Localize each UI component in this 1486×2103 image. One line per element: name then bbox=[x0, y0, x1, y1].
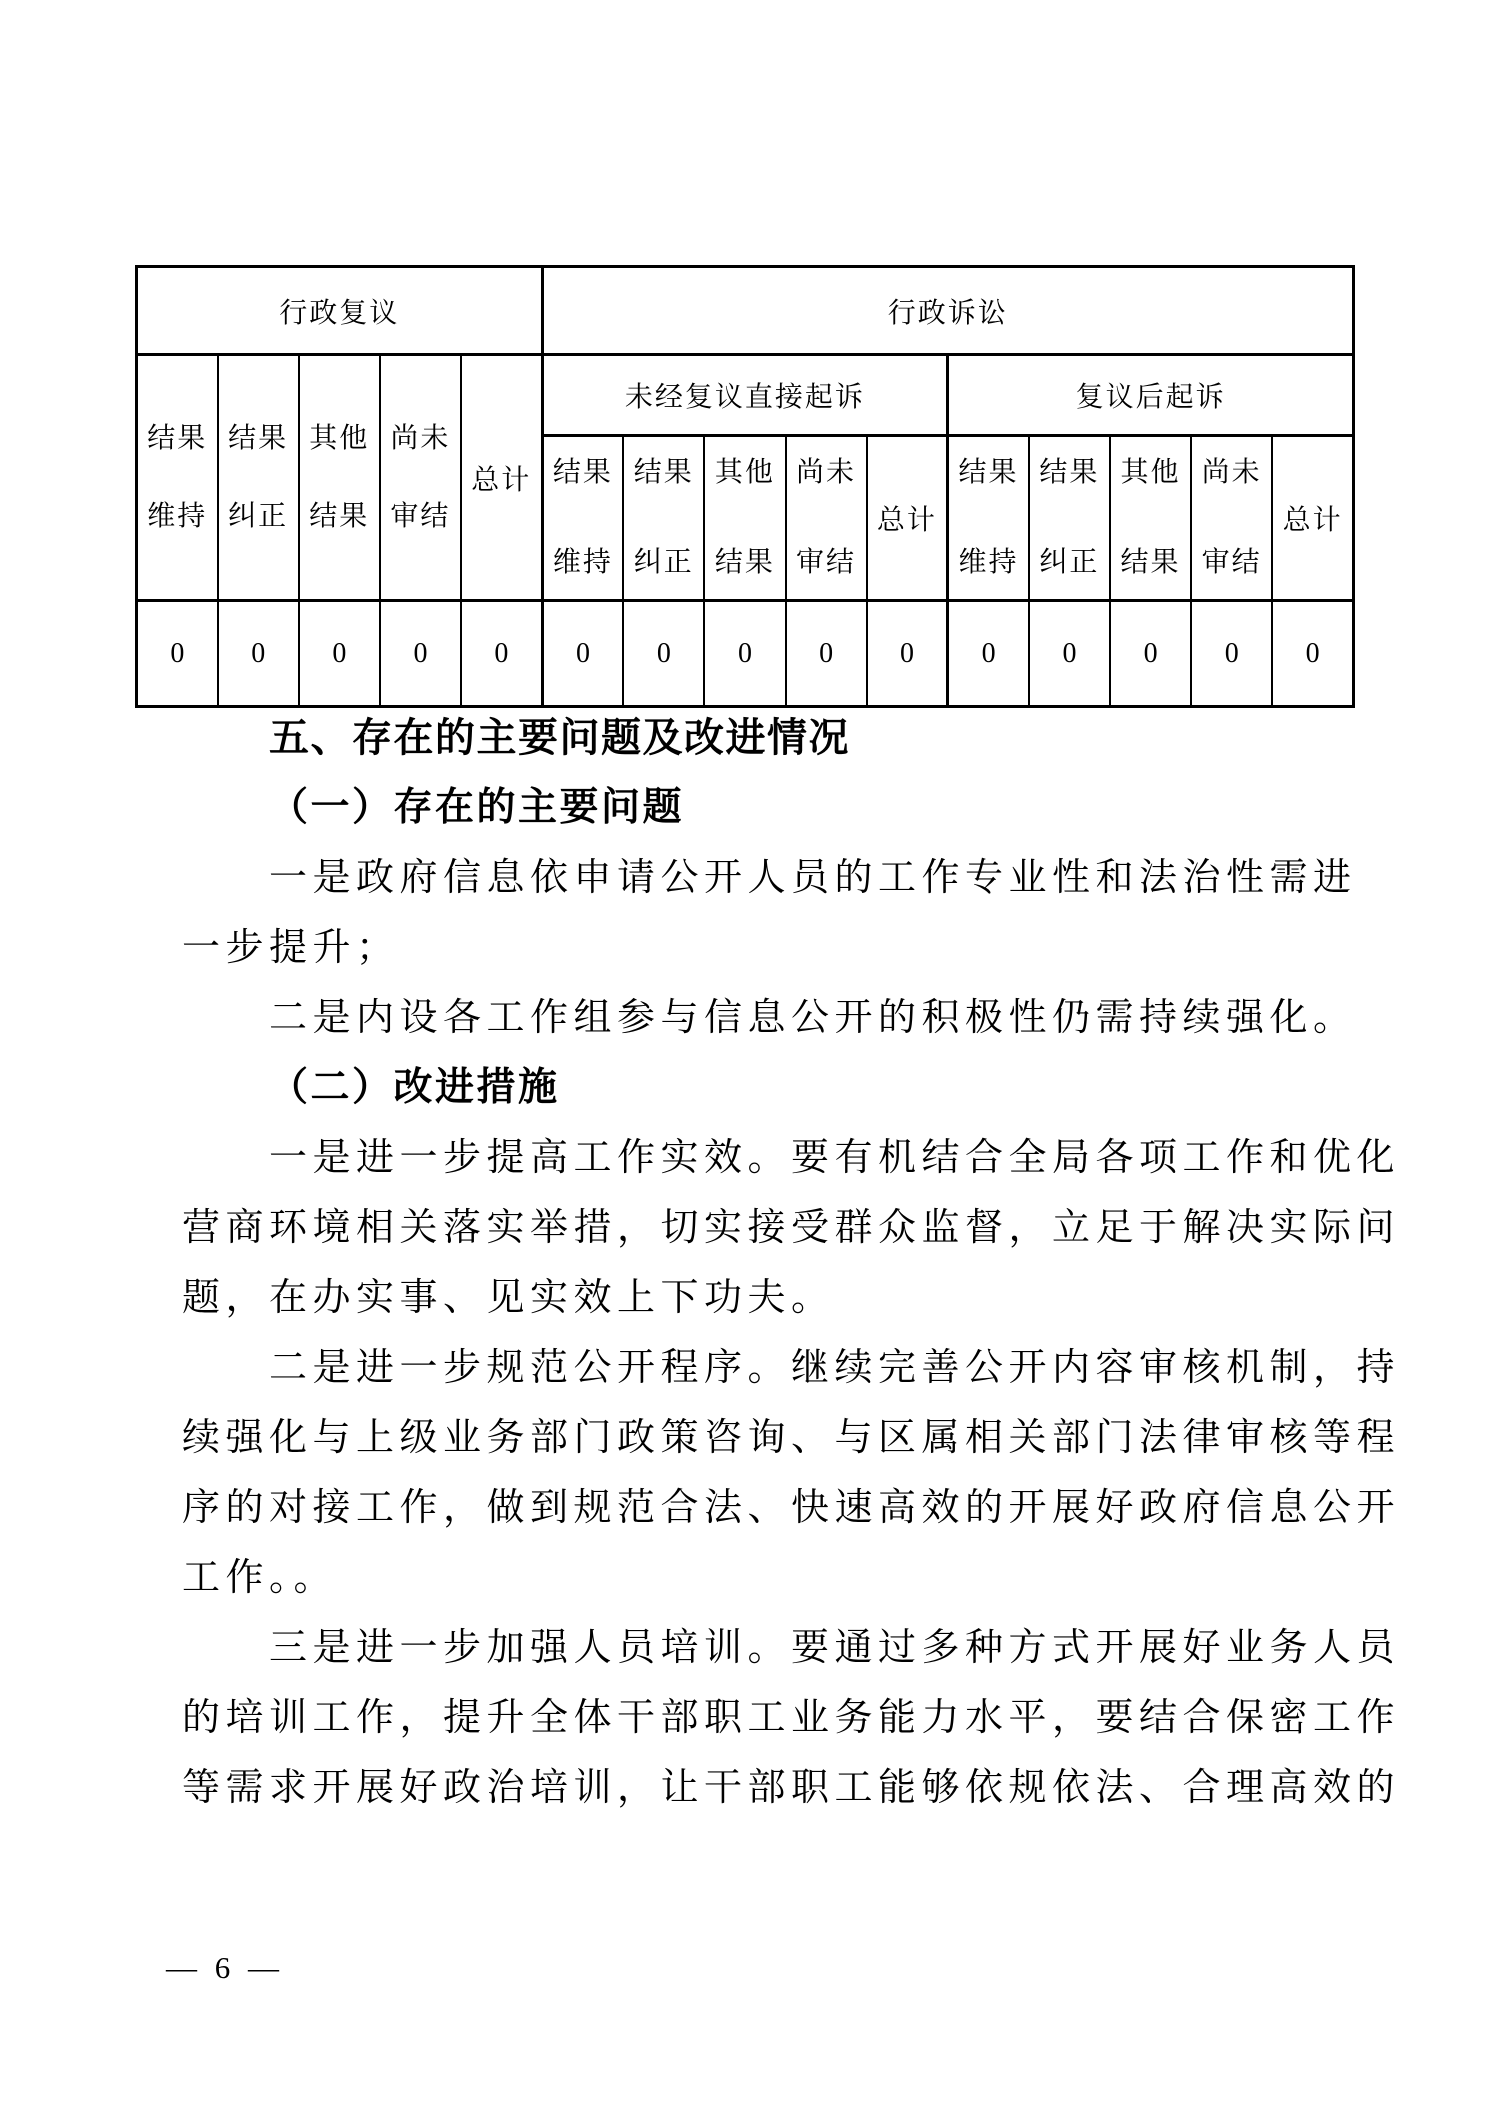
col-header-line: 审结 bbox=[1202, 548, 1262, 578]
paragraph-line: 续强化与上级业务部门政策咨询、与区属相关部门法律审核等程 bbox=[182, 1403, 1362, 1473]
col-header-line: 审结 bbox=[390, 502, 450, 532]
col-header-line: 结果 bbox=[309, 502, 369, 532]
document-body: 五、存在的主要问题及改进情况 （一）存在的主要问题 一是政府信息依申请公开人员的… bbox=[182, 703, 1362, 1823]
col-header-other-result: 其他结果 bbox=[1110, 436, 1191, 601]
admin-review-litigation-table: 行政复议 行政诉讼 结果维持 结果纠正 其他结果 尚未审结 总计 未经复议直接起… bbox=[135, 265, 1355, 708]
col-header-line: 结果 bbox=[715, 548, 775, 578]
value-cell: 0 bbox=[1272, 601, 1353, 707]
col-header-line: 尚未 bbox=[1202, 458, 1262, 488]
document-page: 行政复议 行政诉讼 结果维持 结果纠正 其他结果 尚未审结 总计 未经复议直接起… bbox=[0, 0, 1486, 2103]
value-cell: 0 bbox=[461, 601, 542, 707]
paragraph-line: 一是进一步提高工作实效。要有机结合全局各项工作和优化 bbox=[182, 1123, 1362, 1193]
col-header-line: 维持 bbox=[959, 548, 1019, 578]
col-header-result-upheld: 结果维持 bbox=[948, 436, 1029, 601]
value-cell: 0 bbox=[137, 601, 218, 707]
col-header-line: 结果 bbox=[553, 458, 613, 488]
col-header-result-upheld: 结果维持 bbox=[542, 436, 623, 601]
col-header-line: 纠正 bbox=[634, 548, 694, 578]
col-header-line: 尚未 bbox=[796, 458, 856, 488]
col-header-line: 结果 bbox=[1039, 458, 1099, 488]
col-header-line: 结果 bbox=[1121, 548, 1181, 578]
value-cell: 0 bbox=[380, 601, 461, 707]
col-header-line: 结果 bbox=[634, 458, 694, 488]
col-header-not-concluded: 尚未审结 bbox=[1191, 436, 1272, 601]
paragraph-line: 一步提升； bbox=[182, 913, 1362, 983]
paragraph-line: 等需求开展好政治培训，让干部职工能够依规依法、合理高效的 bbox=[182, 1753, 1362, 1823]
paragraph-line: 营商环境相关落实举措，切实接受群众监督，立足于解决实际问 bbox=[182, 1193, 1362, 1263]
value-cell: 0 bbox=[1110, 601, 1191, 707]
col-header-line: 纠正 bbox=[228, 502, 288, 532]
review-section-header: 行政复议 bbox=[137, 267, 543, 355]
subsection-heading-problems: （一）存在的主要问题 bbox=[182, 773, 1362, 843]
paragraph-line: 一是政府信息依申请公开人员的工作专业性和法治性需进 bbox=[182, 843, 1362, 913]
page-number: — 6 — bbox=[166, 1948, 284, 1988]
col-header-result-corrected: 结果纠正 bbox=[218, 355, 299, 601]
col-header-line: 结果 bbox=[228, 424, 288, 454]
col-header-other-result: 其他结果 bbox=[704, 436, 785, 601]
post-review-suit-group-header: 复议后起诉 bbox=[948, 355, 1354, 436]
col-header-total: 总计 bbox=[461, 355, 542, 601]
paragraph-line: 序的对接工作，做到规范合法、快速高效的开展好政府信息公开 bbox=[182, 1473, 1362, 1543]
col-header-line: 纠正 bbox=[1039, 548, 1099, 578]
col-header-line: 其他 bbox=[309, 424, 369, 454]
col-header-result-corrected: 结果纠正 bbox=[1029, 436, 1110, 601]
col-header-not-concluded: 尚未审结 bbox=[786, 436, 867, 601]
paragraph-line: 二是内设各工作组参与信息公开的积极性仍需持续强化。 bbox=[182, 983, 1362, 1053]
col-header-line: 维持 bbox=[553, 548, 613, 578]
value-cell: 0 bbox=[623, 601, 704, 707]
col-header-not-concluded: 尚未审结 bbox=[380, 355, 461, 601]
value-cell: 0 bbox=[786, 601, 867, 707]
value-cell: 0 bbox=[542, 601, 623, 707]
col-header-line: 其他 bbox=[1121, 458, 1181, 488]
paragraph-line: 题，在办实事、见实效上下功夫。 bbox=[182, 1263, 1362, 1333]
paragraph-line: 二是进一步规范公开程序。继续完善公开内容审核机制，持 bbox=[182, 1333, 1362, 1403]
value-cell: 0 bbox=[1191, 601, 1272, 707]
value-cell: 0 bbox=[867, 601, 948, 707]
subsection-heading-measures: （二）改进措施 bbox=[182, 1053, 1362, 1123]
value-cell: 0 bbox=[218, 601, 299, 707]
col-header-total: 总计 bbox=[1272, 436, 1353, 601]
col-header-line: 维持 bbox=[147, 502, 207, 532]
litigation-section-header: 行政诉讼 bbox=[542, 267, 1353, 355]
value-cell: 0 bbox=[948, 601, 1029, 707]
table-group-header-row: 结果维持 结果纠正 其他结果 尚未审结 总计 未经复议直接起诉 复议后起诉 bbox=[137, 355, 1354, 436]
col-header-line: 其他 bbox=[715, 458, 775, 488]
table-values-row: 0 0 0 0 0 0 0 0 0 0 0 0 0 0 0 bbox=[137, 601, 1354, 707]
table-section-header-row: 行政复议 行政诉讼 bbox=[137, 267, 1354, 355]
value-cell: 0 bbox=[704, 601, 785, 707]
col-header-line: 结果 bbox=[959, 458, 1019, 488]
value-cell: 0 bbox=[1029, 601, 1110, 707]
col-header-line: 尚未 bbox=[390, 424, 450, 454]
col-header-total: 总计 bbox=[867, 436, 948, 601]
paragraph-line: 三是进一步加强人员培训。要通过多种方式开展好业务人员 bbox=[182, 1613, 1362, 1683]
col-header-line: 审结 bbox=[796, 548, 856, 578]
col-header-result-upheld: 结果维持 bbox=[137, 355, 218, 601]
paragraph-line: 工作。。 bbox=[182, 1543, 1362, 1613]
col-header-result-corrected: 结果纠正 bbox=[623, 436, 704, 601]
value-cell: 0 bbox=[299, 601, 380, 707]
paragraph-line: 的培训工作，提升全体干部职工业务能力水平，要结合保密工作 bbox=[182, 1683, 1362, 1753]
direct-suit-group-header: 未经复议直接起诉 bbox=[542, 355, 948, 436]
section-heading: 五、存在的主要问题及改进情况 bbox=[182, 703, 1362, 773]
col-header-line: 结果 bbox=[147, 424, 207, 454]
col-header-other-result: 其他结果 bbox=[299, 355, 380, 601]
